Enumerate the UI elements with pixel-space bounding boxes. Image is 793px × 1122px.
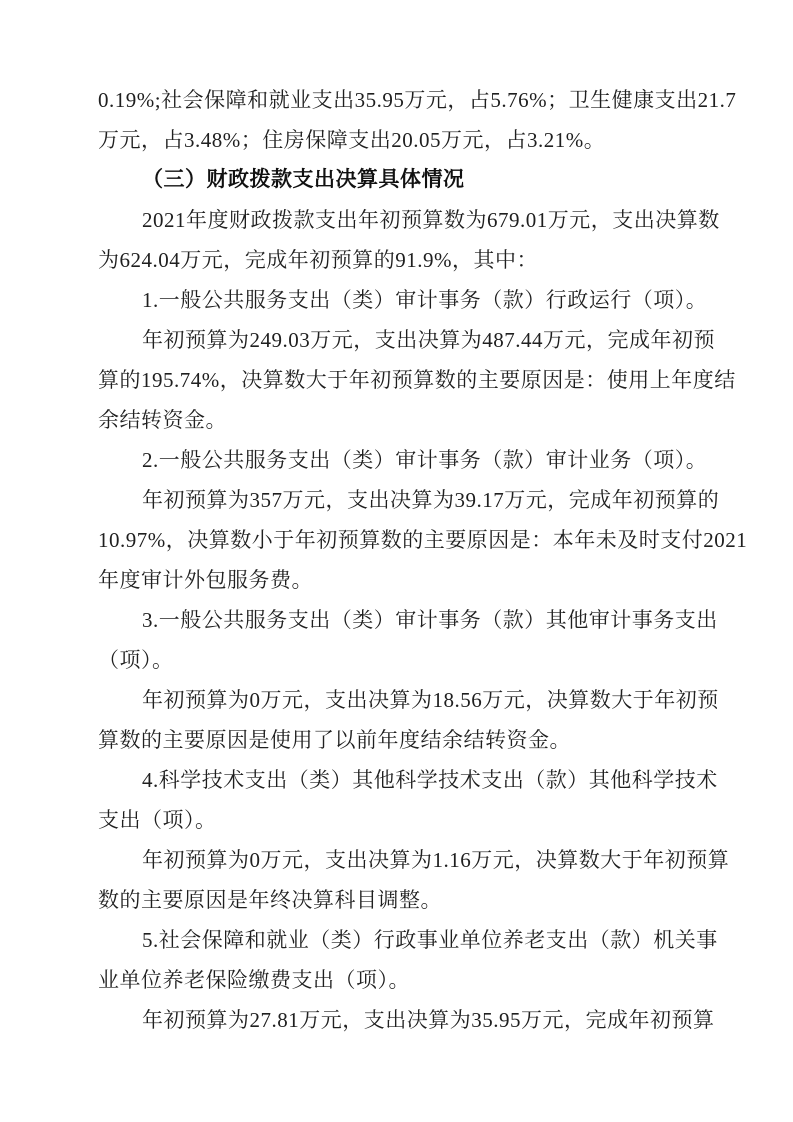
document-text-block: 0.19%;社会保障和就业支出35.95万元，占5.76%；卫生健康支出21.7… — [98, 80, 758, 1040]
text-line: 2021年度财政拨款支出年初预算数为679.01万元，支出决算数 — [98, 200, 758, 240]
document-page: 0.19%;社会保障和就业支出35.95万元，占5.76%；卫生健康支出21.7… — [0, 0, 793, 1122]
text-line: （项）。 — [98, 640, 758, 680]
list-item-3: 3.一般公共服务支出（类）审计事务（款）其他审计事务支出 — [98, 600, 758, 640]
text-line: 10.97%，决算数小于年初预算数的主要原因是：本年未及时支付2021 — [98, 520, 758, 560]
text-line: 支出（项）。 — [98, 800, 758, 840]
text-line: 年初预算为249.03万元，支出决算为487.44万元，完成年初预 — [98, 320, 758, 360]
text-line: 年初预算为0万元，支出决算为18.56万元，决算数大于年初预 — [98, 680, 758, 720]
text-line: 年初预算为27.81万元，支出决算为35.95万元，完成年初预算 — [98, 1000, 758, 1040]
text-line: 数的主要原因是年终决算科目调整。 — [98, 880, 758, 920]
text-line: 算数的主要原因是使用了以前年度结余结转资金。 — [98, 720, 758, 760]
list-item-1: 1.一般公共服务支出（类）审计事务（款）行政运行（项）。 — [98, 280, 758, 320]
text-line: 年度审计外包服务费。 — [98, 560, 758, 600]
text-line: 年初预算为0万元，支出决算为1.16万元，决算数大于年初预算 — [98, 840, 758, 880]
text-line: 余结转资金。 — [98, 400, 758, 440]
text-line: 万元，占3.48%；住房保障支出20.05万元，占3.21%。 — [98, 120, 758, 160]
text-line: 0.19%;社会保障和就业支出35.95万元，占5.76%；卫生健康支出21.7 — [98, 80, 758, 120]
list-item-5: 5.社会保障和就业（类）行政事业单位养老支出（款）机关事 — [98, 920, 758, 960]
list-item-2: 2.一般公共服务支出（类）审计事务（款）审计业务（项）。 — [98, 440, 758, 480]
text-line: 算的195.74%，决算数大于年初预算数的主要原因是：使用上年度结 — [98, 360, 758, 400]
section-heading: （三）财政拨款支出决算具体情况 — [98, 160, 758, 200]
text-line: 为624.04万元，完成年初预算的91.9%，其中： — [98, 240, 758, 280]
text-line: 年初预算为357万元，支出决算为39.17万元，完成年初预算的 — [98, 480, 758, 520]
text-line: 业单位养老保险缴费支出（项）。 — [98, 960, 758, 1000]
list-item-4: 4.科学技术支出（类）其他科学技术支出（款）其他科学技术 — [98, 760, 758, 800]
